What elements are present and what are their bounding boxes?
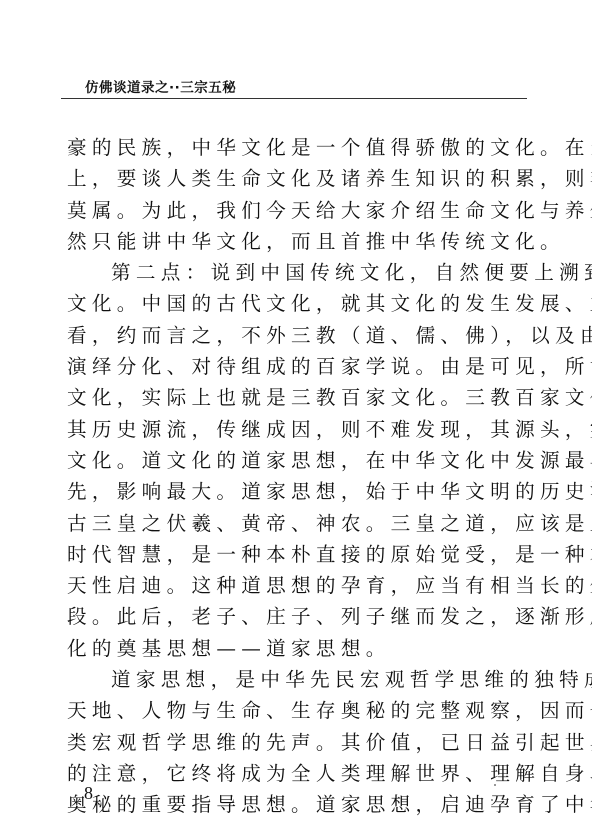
header-rule — [61, 98, 527, 99]
text-line: 古三皇之伏羲、黄帝、神农。三皇之道，应该是上古先民的 — [67, 508, 522, 539]
scan-speck — [491, 799, 493, 801]
text-line: 然只能讲中华文化，而且首推中华传统文化。 — [67, 226, 522, 257]
text-line: 豪的民族，中华文化是一个值得骄傲的文化。在当今世界 — [67, 132, 522, 163]
scan-speck — [433, 245, 435, 247]
text-line: 其历史源流，传继成因，则不难发现，其源头，实际上是道 — [67, 414, 522, 445]
running-head-title: 仿佛谈道录之··三宗五秘 — [85, 76, 236, 96]
text-line: 的注意，它终将成为全人类理解世界、理解自身、理解生命 — [67, 758, 522, 789]
text-line: 看，约而言之，不外三教（道、儒、佛），以及由三教文化 — [67, 320, 522, 351]
text-line: 上，要谈人类生命文化及诸养生知识的积累，则非中华文化 — [67, 163, 522, 194]
text-line: 天地、人物与生命、生存奥秘的完整观察，因而也是世界人 — [67, 695, 522, 726]
text-line: 奥秘的重要指导思想。道家思想，启迪孕育了中华三教百家 — [67, 789, 522, 820]
body-text: 豪的民族，中华文化是一个值得骄傲的文化。在当今世界 上，要谈人类生命文化及诸养生… — [67, 132, 527, 821]
text-line: 演绎分化、对待组成的百家学说。由是可见，所谓中国传统 — [67, 351, 522, 382]
text-line: 类宏观哲学思维的先声。其价值，已日益引起世界各国学者 — [67, 727, 522, 758]
text-line: 化的奠基思想——道家思想。 — [67, 633, 522, 664]
text-line: 天性启迪。这种道思想的孕育，应当有相当长的生化发展阶 — [67, 570, 522, 601]
text-line: 先，影响最大。道家思想，始于中华文明的历史源头——上 — [67, 476, 522, 507]
text-line: 莫属。为此，我们今天给大家介绍生命文化与养生知识，当 — [67, 195, 522, 226]
text-line: 时代智慧，是一种本朴直接的原始觉受，是一种本来具有的 — [67, 539, 522, 570]
text-line: 文化，实际上也就是三教百家文化。三教百家文化，若细究 — [67, 382, 522, 413]
text-line: 文化。道文化的道家思想，在中华文化中发源最早，继传最 — [67, 445, 522, 476]
page-number: 8 — [84, 783, 93, 804]
text-line-paragraph-start: 第二点：说到中国传统文化，自然便要上溯到中国的古 — [67, 257, 522, 288]
text-line: 段。此后，老子、庄子、列子继而发之，逐渐形成了中华文 — [67, 601, 522, 632]
text-line: 文化。中国的古代文化，就其文化的发生发展、立学分派来 — [67, 288, 522, 319]
text-line-paragraph-start: 道家思想，是中华先民宏观哲学思维的独特成果，是对 — [67, 664, 522, 695]
scan-speck — [494, 784, 496, 786]
